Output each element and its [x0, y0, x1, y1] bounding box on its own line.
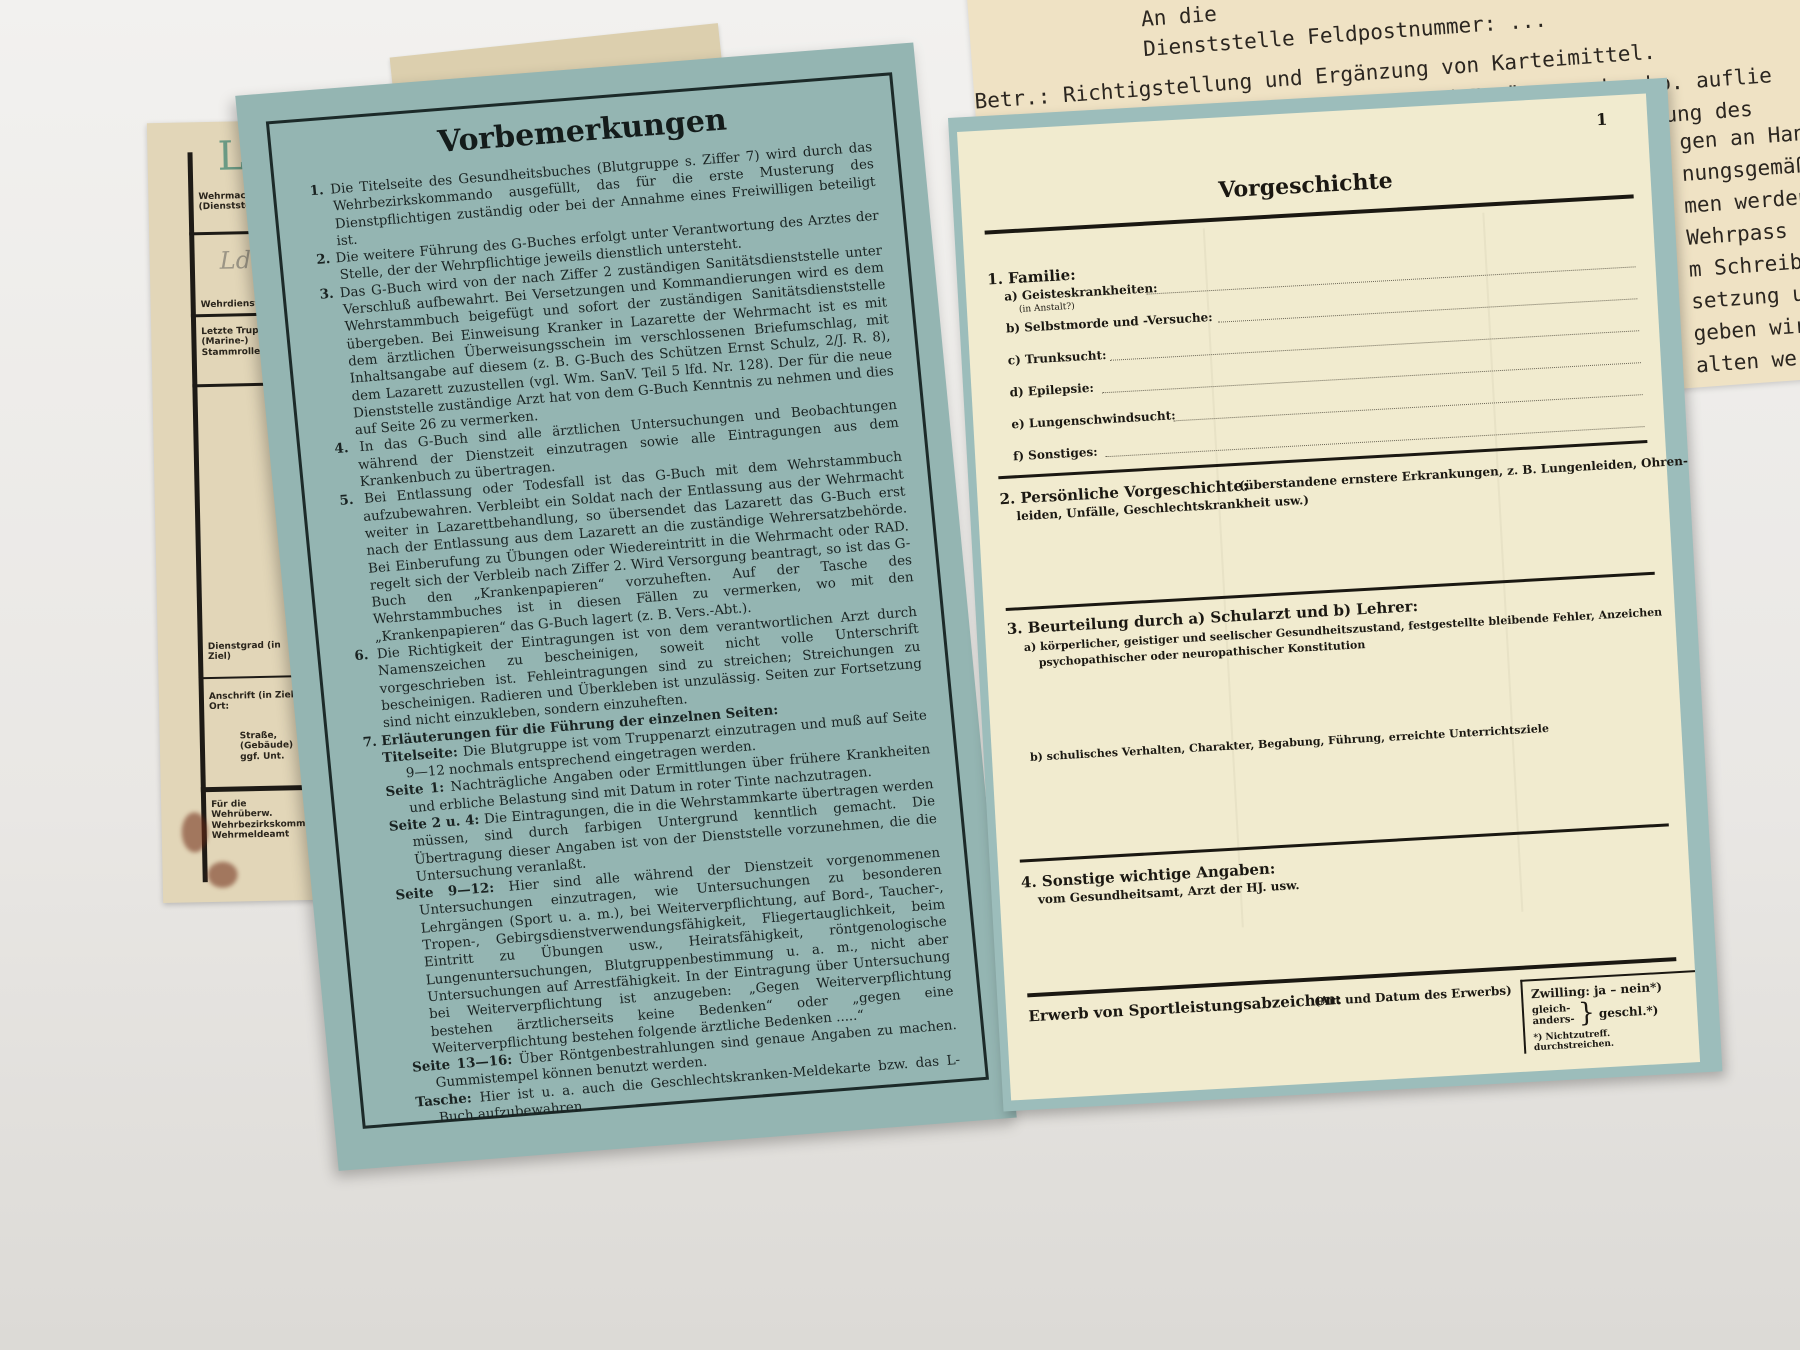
preliminary-notes-text: 1. Die Titelseite des Gesundheitsbuches … [309, 139, 963, 1130]
letter-fragment: Wehrpass S [1686, 217, 1800, 250]
letter-fragment: gen an Hand [1679, 120, 1800, 154]
bleedthrough [1203, 228, 1244, 927]
field-label: d) Epilepsie: [1009, 381, 1094, 400]
field-label: e) Lungenschwindsucht: [1011, 408, 1176, 431]
fill-line [1105, 426, 1644, 457]
fill-line [1173, 394, 1642, 421]
letter-fragment: geben wird [1693, 312, 1800, 345]
field-label: c) Trunksucht: [1007, 348, 1106, 367]
field-label: b) Selbstmorde und -Versuche: [1006, 310, 1213, 336]
section-heading: 1. Familie: [987, 266, 1076, 289]
letter-fragment: m Schreiben [1688, 248, 1800, 282]
letter-fragment: setzung usw [1690, 280, 1800, 314]
page-title: Vorgeschichte [960, 153, 1650, 217]
brace-icon: } [1578, 998, 1596, 1030]
fill-line [1218, 298, 1637, 322]
bleedthrough [1482, 213, 1523, 912]
fill-line [1110, 330, 1639, 361]
right-page-vorgeschichte: 1 Vorgeschichte 1. Familie: a) Geisteskr… [957, 93, 1700, 1100]
letter-line: An die [1140, 2, 1217, 31]
twin-sex-label: geschl.*) [1599, 1003, 1659, 1021]
page-number: 1 [1596, 110, 1608, 130]
field-label: f) Sonstiges: [1013, 445, 1098, 464]
letter-fragment: alten werd [1695, 344, 1800, 377]
left-page-vorbemerkungen: Vorbemerkungen 1. Die Titelseite des Ges… [235, 42, 1017, 1170]
fill-line [1146, 266, 1635, 294]
letter-fragment: nungsgemäße [1681, 152, 1800, 186]
section-rule [1020, 823, 1669, 862]
section-note: b) schulisches Verhalten, Charakter, Beg… [1030, 722, 1550, 764]
page-frame: Vorbemerkungen 1. Die Titelseite des Ges… [266, 72, 989, 1129]
sport-badge-heading: Erwerb von Sportleistungsabzeichen: [1028, 990, 1342, 1025]
ink-stain [207, 861, 238, 888]
gesundheitsbuch-booklet: Vorbemerkungen 1. Die Titelseite des Ges… [255, 40, 1695, 1130]
sport-badge-note: (Art und Datum des Erwerbs) [1314, 983, 1512, 1008]
letter-fragment: men werden [1683, 185, 1800, 218]
fill-line [1102, 362, 1641, 393]
card-rule [187, 152, 207, 882]
field-note: (in Anstalt?) [1019, 302, 1075, 315]
twin-option-different: anders- [1532, 1015, 1575, 1028]
twin-box: Zwilling: ja – nein*) gleich- anders- } … [1520, 970, 1699, 1054]
